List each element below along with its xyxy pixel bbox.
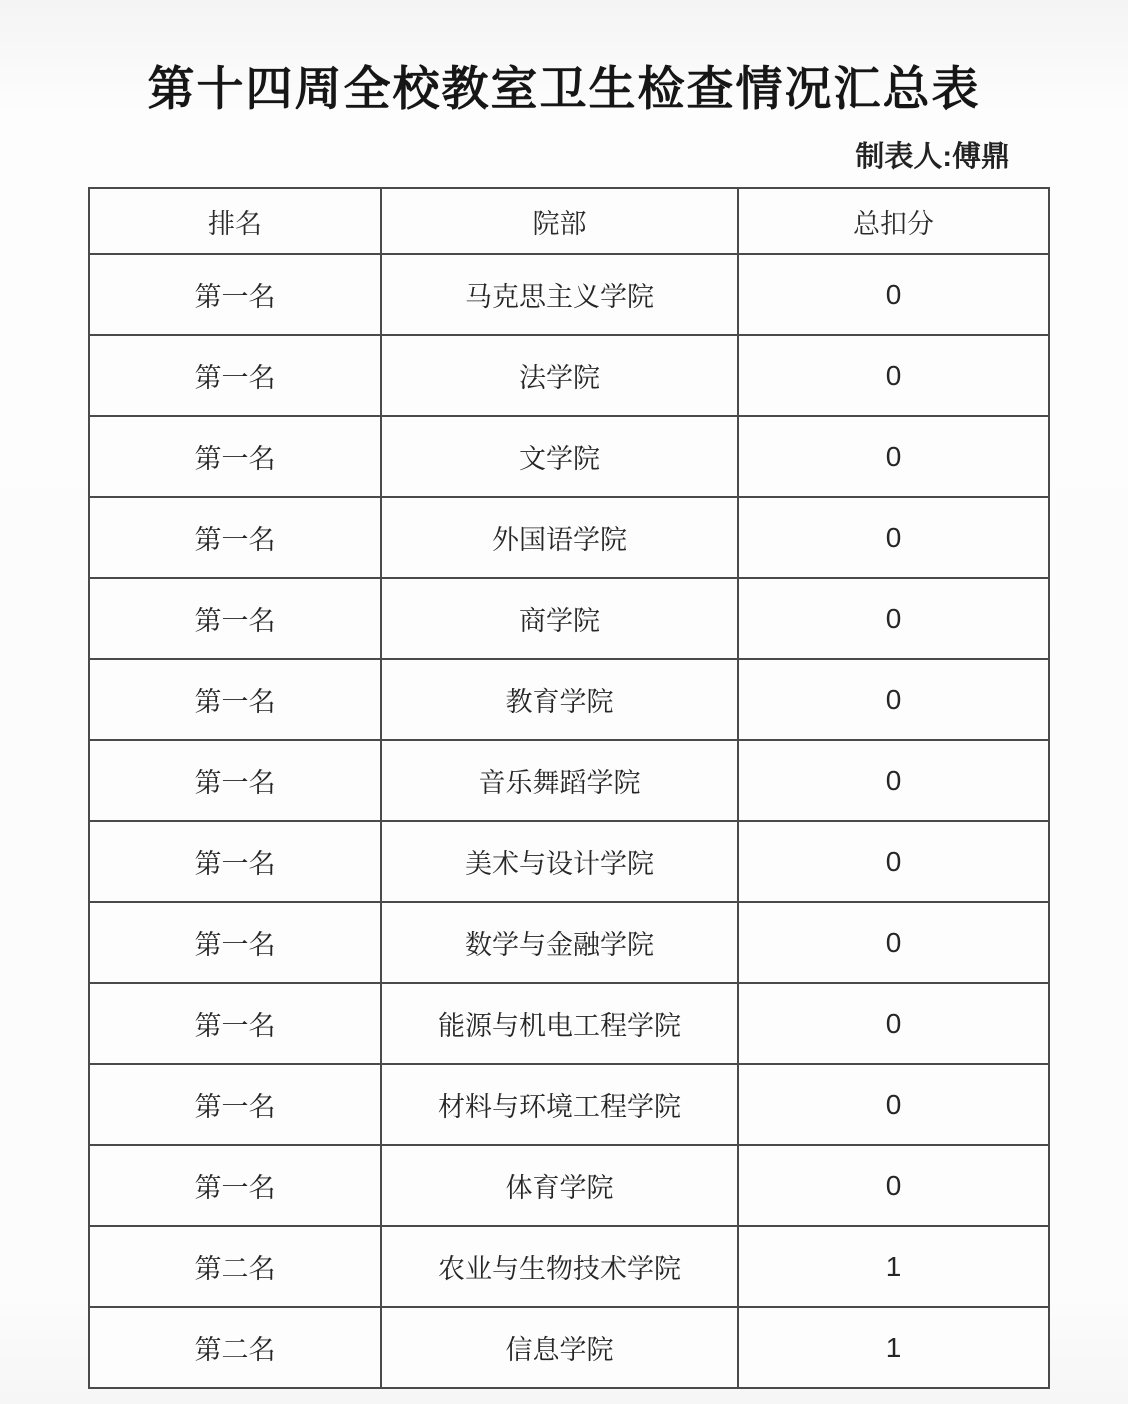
header-row: 排名院部总扣分 xyxy=(89,188,1049,254)
rank-cell: 第一名 xyxy=(89,1064,381,1145)
department-cell: 材料与环境工程学院 xyxy=(381,1064,738,1145)
department-cell: 外国语学院 xyxy=(381,497,738,578)
table-row: 第一名文学院0 xyxy=(89,416,1049,497)
rank-cell: 第一名 xyxy=(89,659,381,740)
department-cell: 体育学院 xyxy=(381,1145,738,1226)
score-cell: 0 xyxy=(738,497,1049,578)
department-cell: 文学院 xyxy=(381,416,738,497)
table-row: 第一名音乐舞蹈学院0 xyxy=(89,740,1049,821)
score-cell: 1 xyxy=(738,1226,1049,1307)
table-row: 第一名数学与金融学院0 xyxy=(89,902,1049,983)
rank-cell: 第一名 xyxy=(89,254,381,335)
rank-cell: 第二名 xyxy=(89,1226,381,1307)
department-cell: 法学院 xyxy=(381,335,738,416)
department-cell: 信息学院 xyxy=(381,1307,738,1388)
score-cell: 0 xyxy=(738,1064,1049,1145)
score-cell: 0 xyxy=(738,740,1049,821)
score-cell: 0 xyxy=(738,659,1049,740)
rank-cell: 第一名 xyxy=(89,416,381,497)
table-row: 第一名教育学院0 xyxy=(89,659,1049,740)
table-row: 第一名马克思主义学院0 xyxy=(89,254,1049,335)
table-row: 第二名信息学院1 xyxy=(89,1307,1049,1388)
page-title: 第十四周全校教室卫生检查情况汇总表 xyxy=(0,52,1128,119)
table-row: 第一名法学院0 xyxy=(89,335,1049,416)
department-cell: 数学与金融学院 xyxy=(381,902,738,983)
rank-cell: 第一名 xyxy=(89,821,381,902)
table-body: 第一名马克思主义学院0第一名法学院0第一名文学院0第一名外国语学院0第一名商学院… xyxy=(89,254,1049,1388)
table-row: 第二名农业与生物技术学院1 xyxy=(89,1226,1049,1307)
rank-cell: 第一名 xyxy=(89,902,381,983)
department-cell: 教育学院 xyxy=(381,659,738,740)
table-row: 第一名商学院0 xyxy=(89,578,1049,659)
table-row: 第一名美术与设计学院0 xyxy=(89,821,1049,902)
score-cell: 0 xyxy=(738,1145,1049,1226)
department-cell: 音乐舞蹈学院 xyxy=(381,740,738,821)
column-header-rank: 排名 xyxy=(89,188,381,254)
score-cell: 0 xyxy=(738,983,1049,1064)
department-cell: 商学院 xyxy=(381,578,738,659)
rank-cell: 第一名 xyxy=(89,1145,381,1226)
department-cell: 农业与生物技术学院 xyxy=(381,1226,738,1307)
column-header-department: 院部 xyxy=(381,188,738,254)
score-cell: 0 xyxy=(738,902,1049,983)
rank-cell: 第二名 xyxy=(89,1307,381,1388)
rank-cell: 第一名 xyxy=(89,335,381,416)
department-cell: 马克思主义学院 xyxy=(381,254,738,335)
score-cell: 0 xyxy=(738,578,1049,659)
table-row: 第一名外国语学院0 xyxy=(89,497,1049,578)
rank-cell: 第一名 xyxy=(89,983,381,1064)
column-header-score: 总扣分 xyxy=(738,188,1049,254)
table-row: 第一名体育学院0 xyxy=(89,1145,1049,1226)
rank-cell: 第一名 xyxy=(89,497,381,578)
table-row: 第一名材料与环境工程学院0 xyxy=(89,1064,1049,1145)
rank-cell: 第一名 xyxy=(89,740,381,821)
score-cell: 0 xyxy=(738,254,1049,335)
rank-cell: 第一名 xyxy=(89,578,381,659)
department-cell: 美术与设计学院 xyxy=(381,821,738,902)
score-cell: 1 xyxy=(738,1307,1049,1388)
document-page: 第十四周全校教室卫生检查情况汇总表 制表人:傅鼎 排名院部总扣分 第一名马克思主… xyxy=(0,0,1128,1404)
score-cell: 0 xyxy=(738,416,1049,497)
score-cell: 0 xyxy=(738,335,1049,416)
department-cell: 能源与机电工程学院 xyxy=(381,983,738,1064)
preparer-label: 制表人:傅鼎 xyxy=(0,134,1010,175)
table-row: 第一名能源与机电工程学院0 xyxy=(89,983,1049,1064)
hygiene-summary-table: 排名院部总扣分 第一名马克思主义学院0第一名法学院0第一名文学院0第一名外国语学… xyxy=(88,187,1050,1389)
score-cell: 0 xyxy=(738,821,1049,902)
